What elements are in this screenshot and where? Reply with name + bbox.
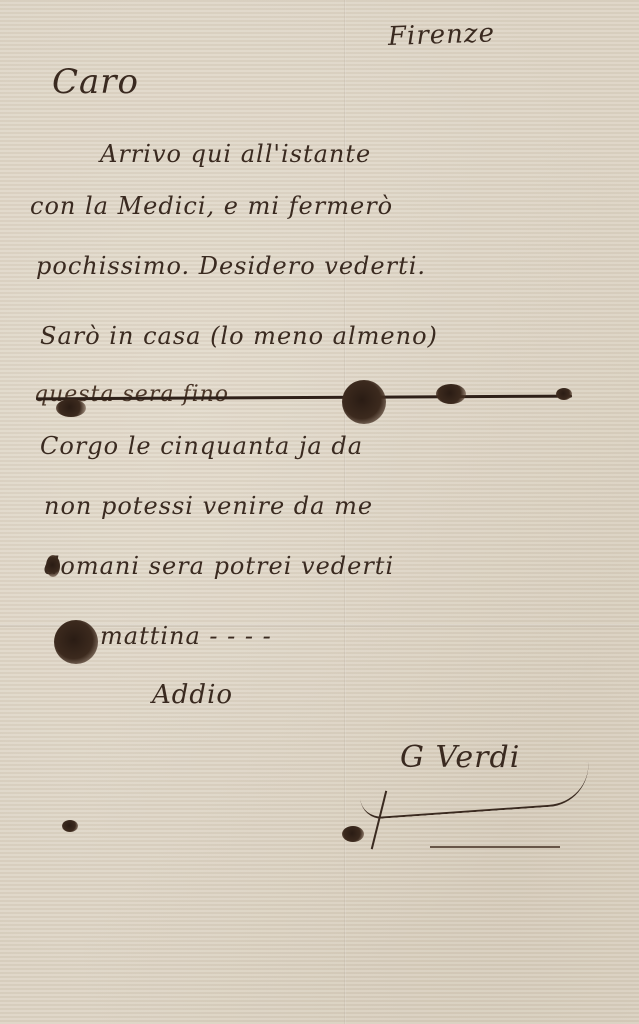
letter-sheet: Firenze Caro Arrivo qui all'istante con … [0, 0, 639, 1024]
letter-line-9: mattina - - - - [100, 622, 272, 650]
signature-flourish [359, 762, 591, 820]
closing: Addio [152, 680, 233, 710]
place-heading: Firenze [387, 18, 495, 52]
salutation: Caro [52, 62, 139, 102]
ink-blot [556, 388, 572, 400]
letter-line-8: domani sera potrei vederti [44, 552, 394, 580]
signature-underline [430, 846, 560, 848]
ink-blot [56, 399, 86, 417]
letter-line-4: Sarò in casa (lo meno almeno) [40, 322, 438, 350]
letter-line-6: Corgo le cinquanta ja da [40, 432, 363, 460]
letter-line-2: con la Medici, e mi fermerò [30, 192, 393, 220]
ink-blot [62, 820, 78, 832]
ink-blot [54, 620, 98, 664]
letter-line-3: pochissimo. Desidero vederti. [36, 252, 426, 280]
ink-blot [342, 380, 386, 424]
letter-line-1: Arrivo qui all'istante [100, 140, 371, 168]
letter-line-7: non potessi venire da me [44, 492, 373, 520]
ink-blot [342, 826, 364, 842]
horizontal-fold [0, 624, 639, 627]
ink-blot [436, 384, 466, 404]
ink-blot [46, 555, 60, 577]
